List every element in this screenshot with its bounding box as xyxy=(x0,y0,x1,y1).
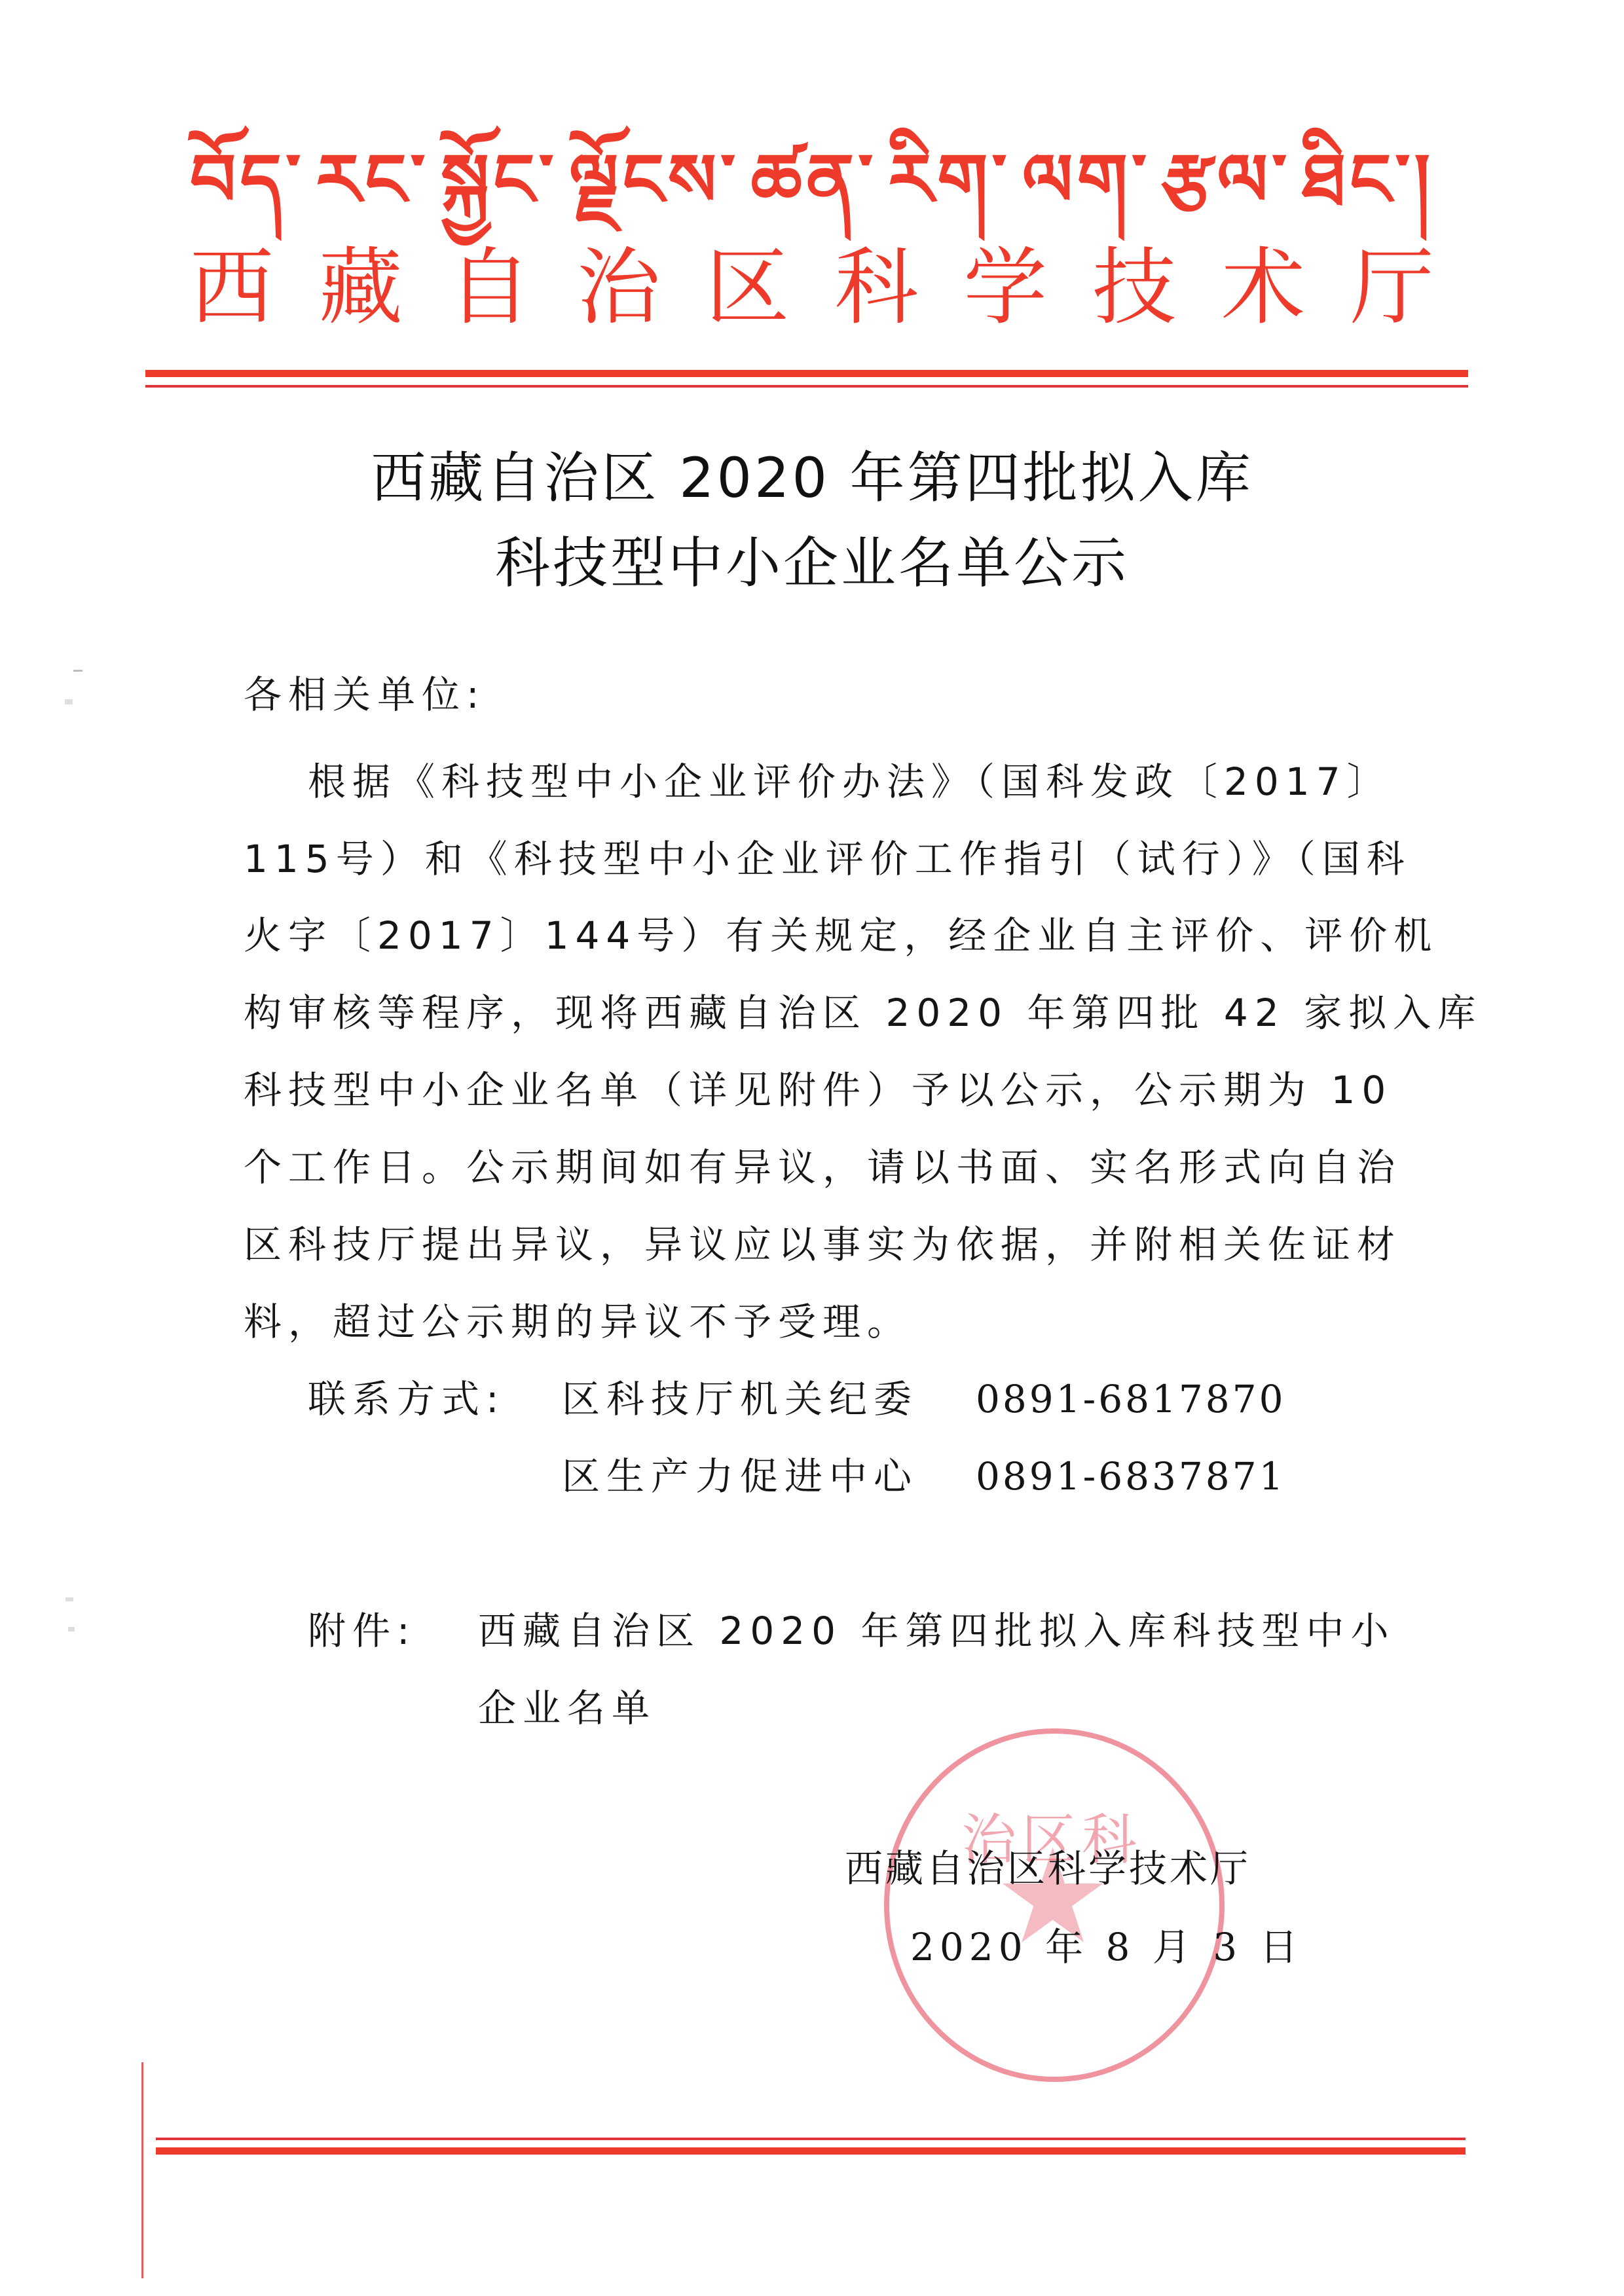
footer-rule-thick xyxy=(156,2147,1466,2155)
body-line: 个工作日。公示期间如有异议，请以书面、实名形式向自治 xyxy=(244,1148,1383,1186)
letterhead-org-name: 西 藏 自 治 区 科 学 技 术 厅 xyxy=(190,239,1434,337)
body-line: 构审核等程序，现将西藏自治区 2020 年第四批 42 家拟入库 xyxy=(244,994,1383,1032)
body-line: 科技型中小企业名单（详见附件）予以公示，公示期为 10 xyxy=(244,1071,1383,1109)
attachment-link-line2[interactable]: 企业名单 xyxy=(478,1689,656,1727)
letterhead-tibetan: བོད་ རང་ སྐྱོང་ ལྗོངས་ ཚན་ རིག་ ལག་ རྩལ་… xyxy=(190,134,1434,226)
footer-rule-thin xyxy=(156,2138,1466,2140)
org-name-char: 厅 xyxy=(1350,246,1434,330)
scan-speck xyxy=(65,1597,73,1601)
org-name-char: 西 xyxy=(190,246,274,330)
header-rule-thin xyxy=(145,385,1468,388)
tibetan-syllable: ཐིང་། xyxy=(1302,144,1433,216)
contact-phone-1: 0891-6817870 xyxy=(976,1380,1286,1418)
body-line: 根据《科技型中小企业评价办法》（国科发政〔2017〕 xyxy=(308,763,1382,801)
body-line: 火字〔2017〕144号）有关规定，经企业自主评价、评价机 xyxy=(244,917,1383,955)
org-name-char: 科 xyxy=(834,246,918,330)
contact-org-2: 区生产力促进中心 xyxy=(562,1457,918,1495)
org-name-char: 技 xyxy=(1092,246,1176,330)
attachment-link-line1[interactable]: 西藏自治区 2020 年第四批拟入库科技型中小 xyxy=(478,1612,1395,1650)
contact-phone-2: 0891-6837871 xyxy=(976,1457,1286,1495)
salutation: 各相关单位: xyxy=(244,676,486,714)
signature-org: 西藏自治区科学技术厅 xyxy=(845,1850,1251,1887)
body-line: 115号）和《科技型中小企业评价工作指引（试行）》（国科 xyxy=(244,840,1383,878)
tibetan-syllable: བོད་ xyxy=(190,144,304,216)
org-name-char: 自 xyxy=(448,246,532,330)
document-title-line1: 西藏自治区 2020 年第四批拟入库 xyxy=(0,450,1624,505)
official-seal: ★ 治区科 xyxy=(884,1728,1225,2082)
tibetan-syllable: རྩལ་ xyxy=(1162,144,1291,216)
signature-date: 2020 年 8 月 3 日 xyxy=(910,1928,1303,1966)
tibetan-syllable: ལག་ xyxy=(1022,144,1151,216)
tibetan-syllable: སྐྱོང་ xyxy=(441,144,558,216)
org-name-char: 治 xyxy=(577,246,661,330)
tibetan-syllable: རང་ xyxy=(316,144,430,216)
scan-speck xyxy=(65,699,73,704)
document-title-line2: 科技型中小企业名单公示 xyxy=(0,536,1624,591)
org-name-char: 学 xyxy=(963,246,1047,330)
org-name-char: 术 xyxy=(1221,246,1305,330)
tibetan-syllable: ཚན་ xyxy=(751,144,877,216)
tibetan-syllable: རིག་ xyxy=(889,144,1011,216)
margin-mark xyxy=(141,2062,143,2278)
org-name-char: 藏 xyxy=(319,246,403,330)
tibetan-syllable: ལྗོངས་ xyxy=(569,144,739,216)
contact-org-1: 区科技厅机关纪委 xyxy=(562,1380,918,1418)
contact-label: 联系方式: xyxy=(308,1380,506,1418)
scan-speck xyxy=(68,1627,75,1631)
org-name-char: 区 xyxy=(706,246,790,330)
body-line: 料，超过公示期的异议不予受理。 xyxy=(244,1303,1383,1341)
scan-speck xyxy=(73,670,83,672)
body-line: 区科技厅提出异议，异议应以事实为依据，并附相关佐证材 xyxy=(244,1226,1383,1264)
header-rule-thick xyxy=(145,370,1468,377)
attachment-label: 附件: xyxy=(308,1612,416,1650)
